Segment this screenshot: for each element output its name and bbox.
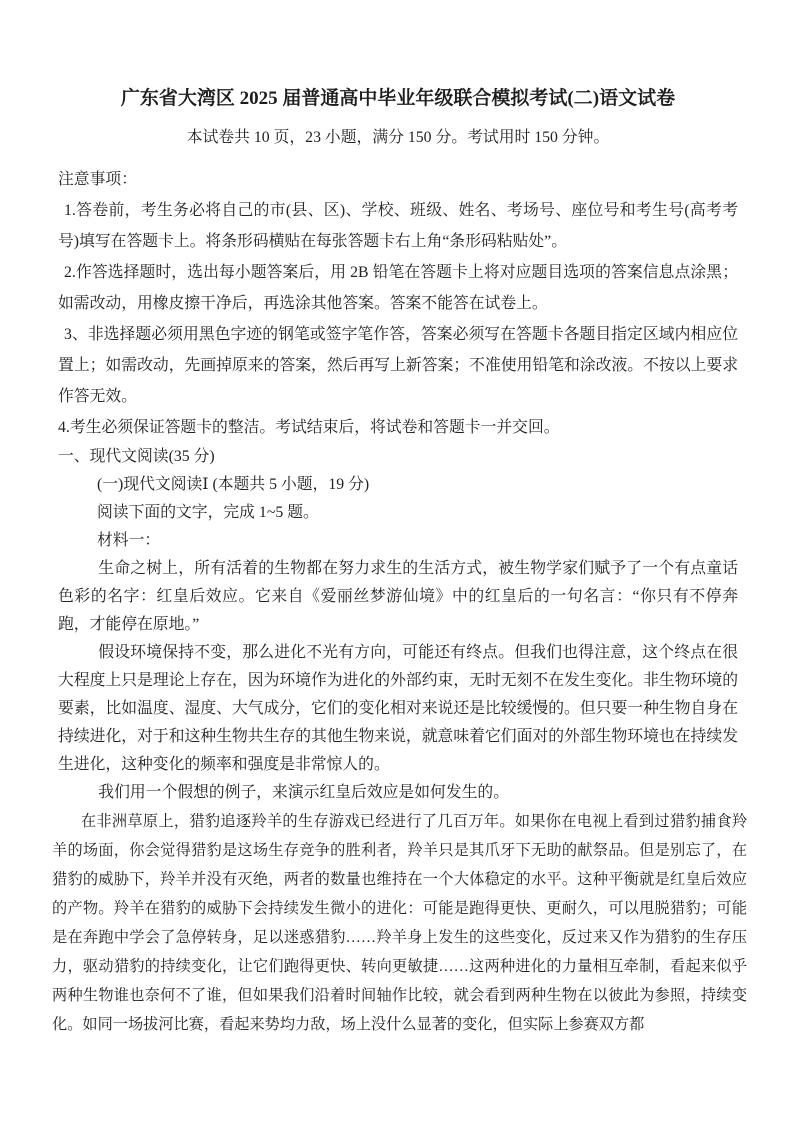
material-paragraph-4: 在非洲草原上，猎豹追逐羚羊的生存游戏已经进行了几百万年。如果你在电视上看到过猎豹… [52,807,747,1039]
notice-item-2: 2.作答选择题时，选出每小题答案后，用 2B 铅笔在答题卡上将对应题目选项的答案… [58,257,738,319]
section-heading-modern-reading: 一、现代文阅读(35 分) [58,443,738,471]
reading-instruction: 阅读下面的文字，完成 1~5 题。 [58,499,738,527]
material-paragraph-2: 假设环境保持不变，那么进化不光有方向，可能还有终点。但我们也得注意，这个终点在很… [58,639,738,779]
notice-section: 注意事项： 1.答卷前，考生务必将自己的市(县、区)、学校、班级、姓名、考场号、… [58,164,738,443]
modern-reading-section: 一、现代文阅读(35 分) (一)现代文阅读Ⅰ (本题共 5 小题，19 分) … [58,443,738,1039]
material-paragraph-3: 我们用一个假想的例子，来演示红皇后效应是如何发生的。 [58,779,738,807]
paper-title: 广东省大湾区 2025 届普通高中毕业年级联合模拟考试(二)语文试卷 [58,86,738,112]
material-paragraph-1: 生命之树上，所有活着的生物都在努力求生的生活方式，被生物学家们赋予了一个有点童话… [58,555,738,639]
subsection-heading-reading-1: (一)现代文阅读Ⅰ (本题共 5 小题，19 分) [58,471,738,499]
exam-paper-page: 广东省大湾区 2025 届普通高中毕业年级联合模拟考试(二)语文试卷 本试卷共 … [0,0,793,1121]
material-1-label: 材料一： [58,527,738,555]
notice-item-3: 3、非选择题必须用黑色字迹的钢笔或签字笔作答，答案必须写在答题卡各题目指定区域内… [58,319,738,412]
notice-item-4: 4.考生必须保证答题卡的整洁。考试结束后，将试卷和答题卡一并交回。 [58,412,738,443]
paper-subtitle: 本试卷共 10 页，23 小题，满分 150 分。考试用时 150 分钟。 [58,126,738,150]
notice-item-1: 1.答卷前，考生务必将自己的市(县、区)、学校、班级、姓名、考场号、座位号和考生… [58,195,738,257]
notice-heading: 注意事项： [58,164,738,195]
